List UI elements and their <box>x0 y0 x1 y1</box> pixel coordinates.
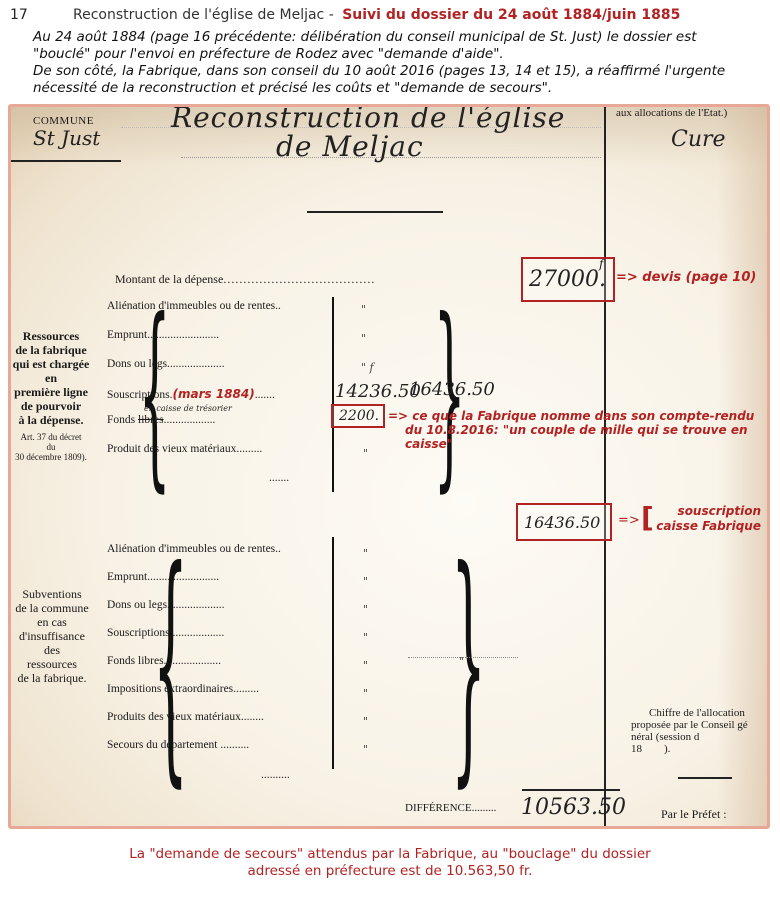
commune-name: St Just <box>33 126 100 150</box>
fonds-above-note: en caisse de trésorier <box>144 404 232 413</box>
section1-side-label: Ressources de la fabrique qui est chargé… <box>8 329 97 427</box>
s1-value: " <box>361 332 366 345</box>
mars-annotation: (mars 1884) <box>173 387 255 401</box>
dot-leader: ...................................... <box>223 272 375 286</box>
prefet-label: Par le Préfet : <box>661 807 727 822</box>
brace-right-section2: { <box>451 517 486 808</box>
page-number: 17 <box>10 7 28 23</box>
side-note-line: 30 décembre 1809). <box>8 452 97 462</box>
value-column-line <box>332 537 334 769</box>
page-header: 17 Reconstruction de l'église de Meljac … <box>0 0 780 100</box>
s2-row-label: Aliénation d'immeubles ou de rentes.. <box>107 543 281 555</box>
arrow-icon: => <box>618 513 640 528</box>
dot-leader: .......... <box>261 769 290 781</box>
scanned-document: COMMUNE St Just Reconstruction de l'égli… <box>8 104 770 829</box>
page-subtitle: Suivi du dossier du 24 août 1884/juin 18… <box>342 7 680 23</box>
column-divider <box>604 107 606 829</box>
s1-souscriptions-value: 14236.50 <box>335 381 421 402</box>
side-label-line: Subventions <box>8 587 97 601</box>
franc-mark: f <box>599 257 603 271</box>
s2-row-label: Souscriptions................... <box>107 627 224 639</box>
s2-row-label: Produits des vieux matériaux........ <box>107 711 264 723</box>
right-column-header: aux allocations de l'Etat.) <box>616 107 727 119</box>
section1-side-note: Art. 37 du décret du 30 décembre 1809). <box>8 432 97 462</box>
s2-row-label: Impositions extraordinaires......... <box>107 683 259 695</box>
commune-underline <box>11 160 121 162</box>
side-label-line: d'insuffisance <box>8 629 97 643</box>
s2-value: " <box>363 603 368 616</box>
value-column-line <box>332 297 334 492</box>
row-label-text: Fonds <box>107 414 135 426</box>
s2-subtotal-mark: " <box>459 655 464 668</box>
montant-highlight-box: 27000. f <box>521 257 615 302</box>
handwritten-cure: Cure <box>671 127 726 152</box>
total-annotation: souscription caisse Fabrique <box>651 504 761 534</box>
chiffre-line: néral (session d <box>631 731 766 743</box>
s1-row-label: Aliénation d'immeubles ou de rentes.. <box>107 300 281 312</box>
fonds-value: 2200. <box>339 408 379 424</box>
s2-row-label: Emprunt......................... <box>107 571 219 583</box>
signature-rule <box>678 777 732 779</box>
side-label-line: Ressources <box>8 329 97 343</box>
montant-annotation: => devis (page 10) <box>616 270 756 285</box>
intro-line: De son côté, la Fabrique, dans son conse… <box>33 63 778 80</box>
annotation-line: caisse Fabrique <box>651 519 761 534</box>
fonds-highlight-box: 2200. <box>331 404 385 428</box>
difference-value: 10563.50 <box>521 795 626 820</box>
page-title-text: Reconstruction de l'église de Meljac - <box>73 7 334 23</box>
chiffre-line: 18 ). <box>631 743 766 755</box>
s1-row-label: Produit des vieux matériaux......... <box>107 443 262 455</box>
s2-value: " <box>363 687 368 700</box>
side-label-line: des <box>8 643 97 657</box>
side-label-line: en <box>8 371 97 385</box>
side-note-line: du <box>8 442 97 452</box>
footer-conclusion: La "demande de secours" attendus par la … <box>0 846 780 880</box>
s1-subtotal: 16436.50 <box>409 379 495 400</box>
annotation-line: => ce que la Fabrique nomme dans son com… <box>388 409 754 423</box>
section2-side-label: Subventions de la commune en cas d'insuf… <box>8 587 97 685</box>
s2-value: " <box>363 631 368 644</box>
fonds-annotation: => ce que la Fabrique nomme dans son com… <box>388 409 754 451</box>
footer-line: adressé en préfecture est de 10.563,50 f… <box>0 863 780 880</box>
s1-row-fonds: Fonds libres.................. <box>107 414 215 426</box>
total-value: 16436.50 <box>524 513 600 532</box>
footer-line: La "demande de secours" attendus par la … <box>0 846 780 863</box>
intro-paragraph: Au 24 août 1884 (page 16 précédente: dél… <box>33 29 778 97</box>
struck-word: libres <box>138 414 164 426</box>
side-label-line: de la fabrique <box>8 343 97 357</box>
annotation-line: caisse" <box>388 437 754 451</box>
side-label-line: en cas <box>8 615 97 629</box>
side-label-line: première ligne <box>8 385 97 399</box>
s1-row-label: Emprunt......................... <box>107 329 219 341</box>
difference-label: DIFFÉRENCE......... <box>405 802 496 814</box>
s2-row-label: Fonds libres.................... <box>107 655 221 667</box>
difference-rule <box>522 789 620 791</box>
s1-value: " f <box>361 361 374 374</box>
chiffre-allocation: Chiffre de l'allocation proposée par le … <box>631 707 766 755</box>
s1-row-souscriptions: Souscriptions.(mars 1884)....... <box>107 387 275 401</box>
intro-line: Au 24 août 1884 (page 16 précédente: dél… <box>33 29 778 46</box>
s1-value: " <box>361 303 366 316</box>
side-label-line: ressources <box>8 657 97 671</box>
intro-line: nécessité de la reconstruction et précis… <box>33 80 778 97</box>
chiffre-line: Chiffre de l'allocation <box>631 707 766 719</box>
s2-value: " <box>363 547 368 560</box>
s2-value: " <box>363 715 368 728</box>
s2-row-label: Secours du département .......... <box>107 739 249 751</box>
side-label-line: à la dépense. <box>8 413 97 427</box>
intro-line: "bouclé" pour l'envoi en préfecture de R… <box>33 46 778 63</box>
page-title: Reconstruction de l'église de Meljac - S… <box>73 7 680 23</box>
s1-value: " <box>363 447 368 460</box>
dot-leader: ....... <box>269 472 289 484</box>
s1-row-label: Dons ou legs.................... <box>107 358 225 370</box>
side-label-line: de pourvoir <box>8 399 97 413</box>
s2-value: " <box>363 575 368 588</box>
montant-value: 27000. <box>529 267 606 292</box>
s2-value: " <box>363 659 368 672</box>
side-label-line: de la fabrique. <box>8 671 97 685</box>
side-note-line: Art. 37 du décret <box>8 432 97 442</box>
chiffre-line: proposée par le Conseil gé <box>631 719 766 731</box>
side-label-line: de la commune <box>8 601 97 615</box>
dot-leader: .................. <box>164 414 216 426</box>
s2-row-label: Dons ou legs.................... <box>107 599 225 611</box>
row-label-text: Souscriptions. <box>107 389 173 401</box>
annotation-line: du 10.8.2016: "un couple de mille qui se… <box>388 423 754 437</box>
s2-value: " <box>363 743 368 756</box>
annotation-line: souscription <box>651 504 761 519</box>
title-rule <box>307 211 443 213</box>
dot-leader: ....... <box>255 389 275 401</box>
total-highlight-box: 16436.50 <box>516 503 612 541</box>
side-label-line: qui est chargée <box>8 357 97 371</box>
handwritten-title-line2: de Meljac <box>276 130 424 163</box>
